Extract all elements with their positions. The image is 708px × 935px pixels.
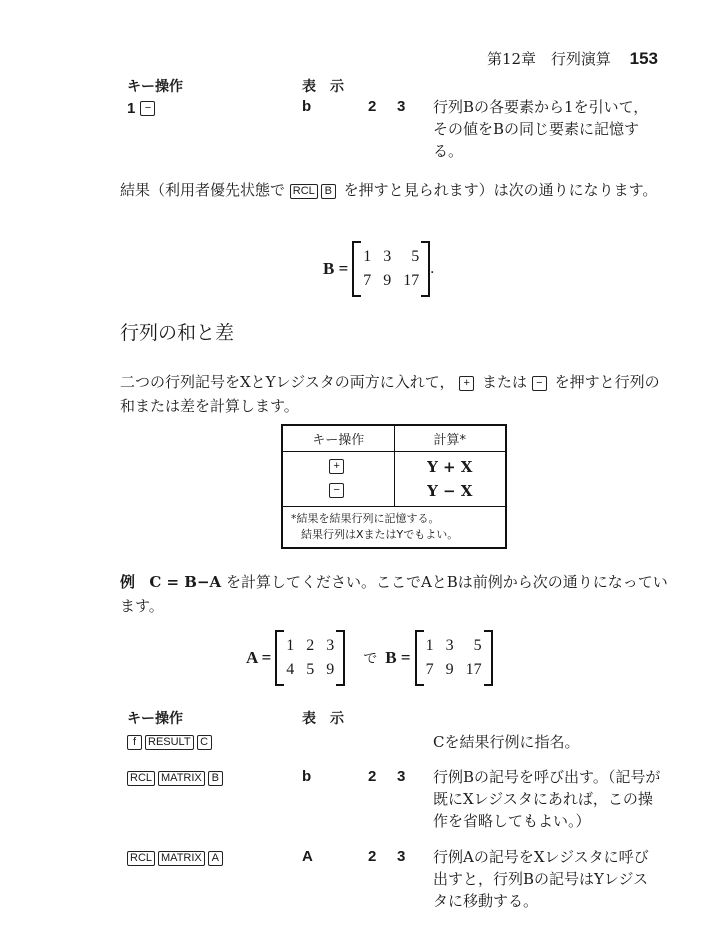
example-formula: C = B−A	[149, 573, 221, 591]
left-bracket	[275, 630, 284, 686]
calc-sum: Y + X	[427, 458, 472, 476]
right-bracket	[421, 241, 430, 297]
page-header: 第12章 行列演算 153	[487, 48, 658, 69]
rcl-key-icon: RCL	[290, 184, 318, 199]
matrix-cell: 3	[383, 248, 391, 266]
key-sequence: 1 −	[127, 98, 158, 117]
section-title: 行列の和と差	[120, 318, 234, 345]
matrix-cell: 2	[306, 637, 314, 655]
key-sequence: fRESULTC	[127, 732, 215, 751]
matrix-cell: 3	[326, 637, 334, 655]
matrix-cell: 17	[466, 661, 482, 679]
display-register: A	[302, 848, 313, 865]
display-rows: 2	[368, 98, 376, 115]
keys-column-header: キー操作	[127, 708, 183, 728]
chapter-title: 行列演算	[551, 50, 611, 68]
matrix-cell: 1	[286, 637, 294, 655]
c-key-icon: C	[197, 735, 212, 750]
result-paragraph: 結果（利用者優先状態で RCLB を押すと見られます）は次の通りになります。	[120, 178, 668, 202]
footnote-line: *結果を結果行列に記憶する。	[291, 511, 497, 527]
matrix-cell: 3	[446, 637, 454, 655]
b-key-icon: B	[321, 184, 336, 199]
matrix-key-icon: MATRIX	[158, 851, 205, 866]
display-register: b	[302, 98, 311, 115]
para-text: 二つの行列記号をXとYレジスタの両方に入れて，	[120, 373, 454, 391]
f-key-icon: f	[127, 735, 142, 750]
display-column-header: 表 示	[302, 76, 344, 96]
matrix-a: A = 1 2 3 4 5 9 で B = 1 3 5 7 9 17	[246, 630, 493, 686]
matrix-cell: 5	[403, 248, 419, 266]
chapter-number: 第12章	[487, 50, 536, 68]
sum-diff-paragraph: 二つの行列記号をXとYレジスタの両方に入れて， + または − を押すと行列の和…	[120, 370, 668, 418]
matrix-key-icon: MATRIX	[158, 771, 205, 786]
rcl-key-icon: RCL	[127, 851, 155, 866]
operations-table: キー操作 計算* + − Y + X Y − X *結果を結果行列に記憶する。 …	[281, 424, 507, 549]
matrix-cell: 1	[363, 248, 371, 266]
display-cols: 3	[397, 98, 405, 115]
matrix-cell: 7	[363, 272, 371, 290]
matrix-cell: 7	[426, 661, 434, 679]
minus-key-icon: −	[532, 376, 547, 391]
footnote-row: *結果を結果行列に記憶する。 結果行列はXまたはYでもよい。	[282, 507, 506, 549]
matrix-cell: 1	[426, 637, 434, 655]
matrix-cell: 9	[383, 272, 391, 290]
key-sequence: RCLMATRIXA	[127, 848, 226, 867]
display-rows: 2	[368, 768, 376, 785]
matrix-cell: 17	[403, 272, 419, 290]
minus-key-icon: −	[140, 101, 155, 116]
display-register: b	[302, 768, 311, 785]
left-bracket	[352, 241, 361, 297]
display-rows: 2	[368, 848, 376, 865]
matrix-label: B =	[385, 648, 410, 668]
step-note: 行列Bの各要素から1を引いて，その値をBの同じ要素に記憶する。	[433, 96, 663, 162]
para-text: または	[482, 373, 527, 391]
b-key-icon: B	[208, 771, 223, 786]
header-calc: 計算*	[394, 425, 506, 452]
matrix-cell: 5	[466, 637, 482, 655]
matrix-cell: 9	[446, 661, 454, 679]
matrix-cell: 9	[326, 661, 334, 679]
plus-key-icon: +	[459, 376, 474, 391]
matrix-period: .	[430, 260, 434, 278]
right-bracket	[484, 630, 493, 686]
rcl-key-icon: RCL	[127, 771, 155, 786]
footnote-line: 結果行列はXまたはYでもよい。	[291, 527, 497, 543]
step-note: Cを結果行例に指名。	[433, 731, 663, 753]
matrix-label: B =	[323, 259, 348, 279]
para-text: を押すと見られます）は次の通りになります。	[344, 181, 658, 199]
matrix-b-result: B = 1 3 5 7 9 17 .	[323, 241, 434, 297]
right-bracket	[336, 630, 345, 686]
matrix-label: A =	[246, 648, 271, 668]
para-text: 結果（利用者優先状態で	[120, 181, 285, 199]
minus-key-icon: −	[329, 483, 344, 498]
table-header-row: キー操作 計算*	[282, 425, 506, 452]
matrix-cell: 5	[306, 661, 314, 679]
key-digit-1: 1	[127, 100, 135, 117]
result-key-icon: RESULT	[145, 735, 194, 750]
table-row: + − Y + X Y − X	[282, 452, 506, 507]
display-cols: 3	[397, 848, 405, 865]
calc-diff: Y − X	[427, 482, 472, 500]
a-key-icon: A	[208, 851, 223, 866]
header-keys: キー操作	[282, 425, 394, 452]
left-bracket	[415, 630, 424, 686]
display-column-header: 表 示	[302, 708, 344, 728]
example-paragraph: 例 C = B−A を計算してください。ここでAとBは前例から次の通りになってい…	[120, 570, 668, 618]
joiner-text: で	[363, 648, 377, 668]
step-note: 行例Aの記号をXレジスタに呼び出すと，行列Bの記号はYレジスタに移動する。	[433, 846, 663, 912]
example-label: 例	[120, 573, 135, 591]
plus-key-icon: +	[329, 459, 344, 474]
page-number: 153	[630, 49, 658, 68]
matrix-cell: 4	[286, 661, 294, 679]
display-cols: 3	[397, 768, 405, 785]
step-note: 行例Bの記号を呼び出す。（記号が既にXレジスタにあれば，この操作を省略してもよい…	[433, 766, 663, 832]
keys-column-header: キー操作	[127, 76, 183, 96]
key-sequence: RCLMATRIXB	[127, 768, 226, 787]
